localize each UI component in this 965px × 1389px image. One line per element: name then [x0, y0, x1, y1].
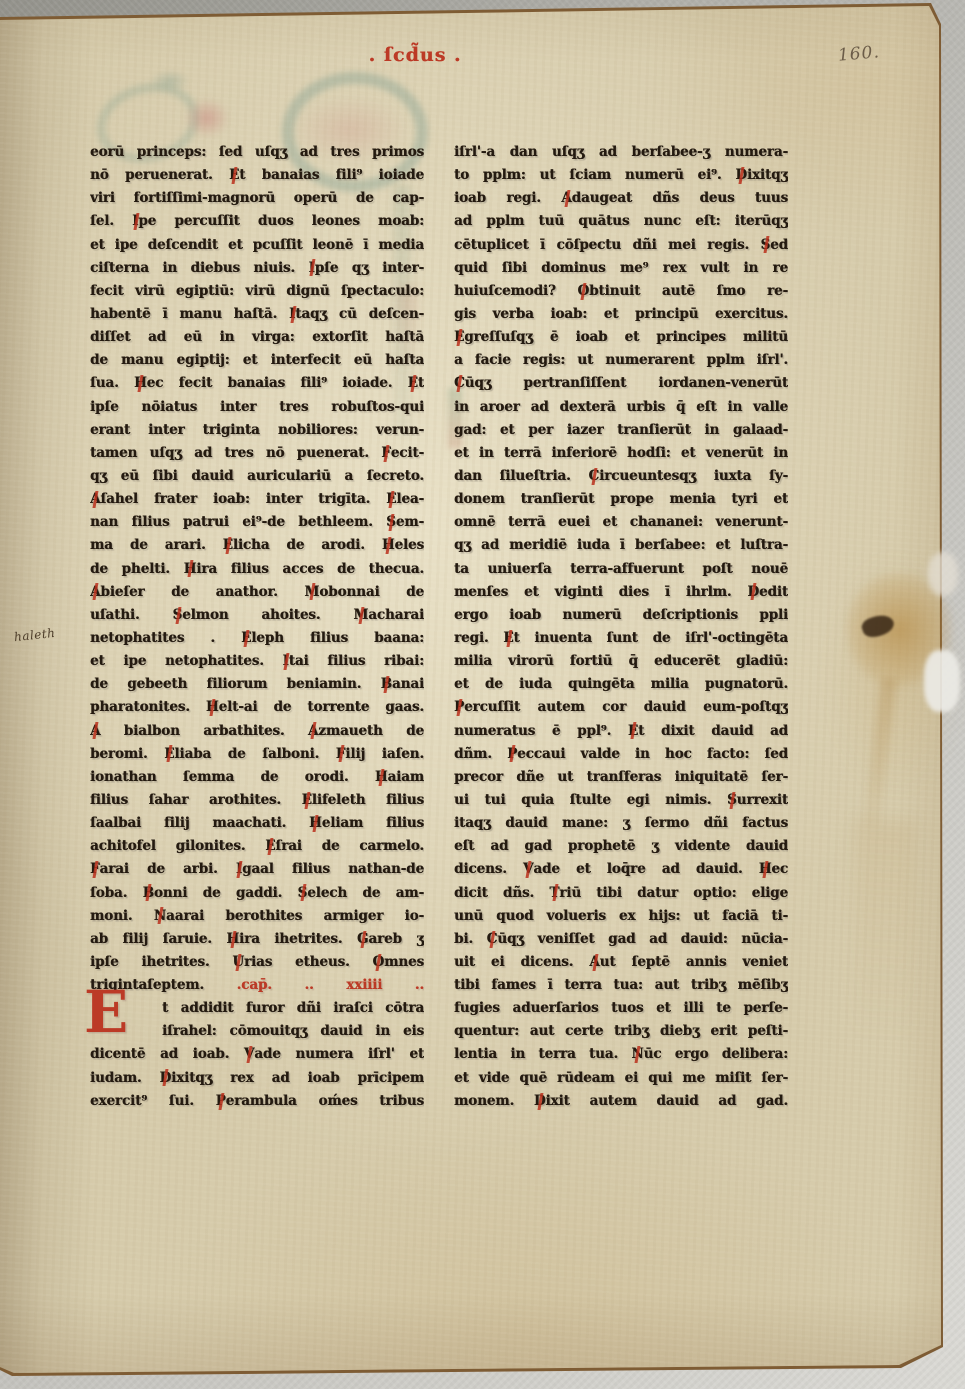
- text-line: donem tranſierūt prope menia tyri et: [454, 488, 788, 511]
- text-line: quid ſibi dominus me⁹ rex vult in re: [454, 257, 788, 280]
- text-line: Percuſſit autem cor dauid eum-poſtqʒ: [454, 696, 788, 719]
- text-line: Egreſſuſqʒ ē ioab et principes militū: [454, 326, 788, 349]
- text-line: omnē terrā euei et chananei: venerunt-: [454, 511, 788, 534]
- text-line: achitofel gilonites. Eſrai de carmelo.: [90, 835, 424, 858]
- text-line: ciſterna in diebus niuis. Ipſe qʒ inter-: [90, 257, 424, 280]
- text-line: eſt ad gad prophetē ʒ vidente dauid: [454, 835, 788, 858]
- text-line: viri fortiſſimi-magnorū operū de cap-: [90, 187, 424, 210]
- text-line: habentē ī manu haſtā. Itaqʒ cū deſcen-: [90, 303, 424, 326]
- text-line: tibi fames ī terra tua: aut tribʒ mēſibʒ: [454, 974, 788, 997]
- repair-patch: [924, 650, 960, 712]
- text-line: qʒ ad meridiē iuda ī berſabee: et luſtra…: [454, 534, 788, 557]
- text-line: lentia in terra tua. Nūc ergo delibera:: [454, 1043, 788, 1066]
- text-line: et ipe netophatites. Itai filius ribai:: [90, 650, 424, 673]
- left-text-column: E eorū princeps: ſed uſqʒ ad tres primos…: [90, 141, 424, 1113]
- text-line: Aſahel frater ioab: inter trigīta. Elea-: [90, 488, 424, 511]
- text-line: ipſe nōiatus inter tres robuſtos-qui: [90, 396, 424, 419]
- text-line: ſua. Hec fecit banaias fili⁹ ioiade. Et: [90, 372, 424, 395]
- text-line: to pplm: ut ſciam numerū ei⁹. Dixitqʒ: [454, 164, 788, 187]
- text-line: fecit virū egiptiū: virū dignū ſpectacul…: [90, 280, 424, 303]
- text-line: iudam. Dixitqʒ rex ad ioab prīcipem: [90, 1067, 424, 1090]
- text-line: huiuſcemodi? Obtinuit autē ſmo re-: [454, 280, 788, 303]
- text-line: ioab regi. Adaugeat dñs deus tuus: [454, 187, 788, 210]
- text-line: dicit dñs. Triū tibi datur optio: elige: [454, 882, 788, 905]
- text-line: moni. Naarai berothites armiger io-: [90, 905, 424, 928]
- text-line: ipſe ihetrites. Urias etheus. Omnes: [90, 951, 424, 974]
- running-title: . ſcd̃us .: [340, 44, 490, 66]
- text-line: ad pplm tuū quātus nunc eſt: iterūqʒ: [454, 210, 788, 233]
- text-line: pharatonites. Helt-ai de torrente gaas.: [90, 696, 424, 719]
- text-line: menſes et viginti dies ī ihrlm. Dedit: [454, 581, 788, 604]
- text-line: ma de arari. Elicha de arodi. Heles: [90, 534, 424, 557]
- text-line: ſoba. Bonni de gaddi. Selech de am-: [90, 882, 424, 905]
- text-line: unū quod volueris ex hijs: ut faciā ti-: [454, 905, 788, 928]
- text-line: qʒ eū ſibi dauid auriculariū a ſecreto.: [90, 465, 424, 488]
- text-line: de phelti. Hira filius acces de thecua.: [90, 558, 424, 581]
- text-line: tamen uſqʒ ad tres nō puenerat. Fecit-: [90, 442, 424, 465]
- text-line: diſſet ad eū in virga: extorſit haſtā: [90, 326, 424, 349]
- text-line: de gebeeth filiorum beniamin. Banai: [90, 673, 424, 696]
- text-line: itaqʒ dauid mane: ʒ ſermo dñi factus: [454, 812, 788, 835]
- text-line: Farai de arbi. Igaal filius nathan-de: [90, 858, 424, 881]
- text-line: monem. Dixit autem dauid ad gad.: [454, 1090, 788, 1113]
- text-line: regi. Et inuenta ſunt de iſrl'-octingēta: [454, 627, 788, 650]
- text-line: ſaalbai filij maachati. Heliam filius: [90, 812, 424, 835]
- chapter-drop-cap-initial: E: [84, 988, 156, 1038]
- text-line: et de iuda quingēta milia pugnatorū.: [454, 673, 788, 696]
- text-line: cētuplicet ī cōſpectu dñi mei regis. Sed: [454, 234, 788, 257]
- text-line: uit ei dicens. Aut ſeptē annis veniet: [454, 951, 788, 974]
- text-line: iſrl'-a dan uſqʒ ad berſabee-ʒ numera-: [454, 141, 788, 164]
- text-line: fugies aduerſarios tuos et illi te perſe…: [454, 997, 788, 1020]
- text-line: uſathi. Selmon ahoites. Macharai: [90, 604, 424, 627]
- right-text-column: iſrl'-a dan uſqʒ ad berſabee-ʒ numera-to…: [454, 141, 788, 1113]
- text-line: ui tui quia ſtulte egi nimis. Surrexit: [454, 789, 788, 812]
- text-line: de manu egiptij: et interfecit eū haſta: [90, 349, 424, 372]
- text-line: ta uniuerſa terra-affuerunt poſt nouē: [454, 558, 788, 581]
- text-line: numeratus ē ppl⁹. Et dixit dauid ad: [454, 720, 788, 743]
- text-line: precor dñe ut tranſferas iniquitatē ſer-: [454, 766, 788, 789]
- text-line: eorū princeps: ſed uſqʒ ad tres primos: [90, 141, 424, 164]
- text-line: erant inter triginta nobiliores: verun-: [90, 419, 424, 442]
- text-line: ionathan ſemma de orodi. Haiam: [90, 766, 424, 789]
- text-line: ab filij ſaruie. Hira ihetrites. Gareb ʒ: [90, 928, 424, 951]
- text-line: filius ſahar arothites. Elifeleth filius: [90, 789, 424, 812]
- text-line: Cūqʒ pertranſiſſent iordanen-venerūt: [454, 372, 788, 395]
- text-line: quentur: aut certe tribʒ diebʒ erit peſt…: [454, 1020, 788, 1043]
- text-line: A bialbon arbathites. Azmaueth de: [90, 720, 424, 743]
- text-line: et in terrā inferiorē hodſi: et venerūt …: [454, 442, 788, 465]
- text-line: ſel. Ipe percuſſit duos leones moab:: [90, 210, 424, 233]
- text-line: nan filius patrui ei⁹-de bethleem. Sem-: [90, 511, 424, 534]
- text-line: gis verba ioab: et principū exercitus.: [454, 303, 788, 326]
- text-line: dñm. Peccaui valde in hoc facto: ſed: [454, 743, 788, 766]
- text-line: in aroer ad dexterā urbis q̄ eſt in vall…: [454, 396, 788, 419]
- text-line: nō peruenerat. Et banaias fili⁹ ioiade: [90, 164, 424, 187]
- text-line: ergo ioab numerū deſcriptionis ppli: [454, 604, 788, 627]
- text-line: milia virorū fortiū q̄ educerēt gladiū:: [454, 650, 788, 673]
- text-line: bi. Cūqʒ veniſſet gad ad dauid: nūcia-: [454, 928, 788, 951]
- folio-number: 160.: [837, 42, 880, 66]
- text-line: beromi. Eliaba de ſalboni. Filij iaſen.: [90, 743, 424, 766]
- photo-background: { "page": { "running_title": ". ſcd̃us .…: [0, 0, 965, 1389]
- text-line: a facie regis: ut numerarent pplm iſrl'.: [454, 349, 788, 372]
- stain: [855, 820, 915, 1040]
- text-line: netophatites . Eleph filius baana:: [90, 627, 424, 650]
- repair-patch: [928, 552, 958, 596]
- text-line: dan ſilueſtria. Circueuntesqʒ iuxta ſy-: [454, 465, 788, 488]
- text-line: Abieſer de anathor. Mobonnai de: [90, 581, 424, 604]
- text-line: exercit⁹ ſui. Perambula oḿes tribus: [90, 1090, 424, 1113]
- text-line: gad: et per iazer tranſierūt in galaad-: [454, 419, 788, 442]
- text-line: et vide quē rūdeam ei qui me miſit ſer-: [454, 1067, 788, 1090]
- text-line: et ipe deſcendit et pcuſſit leonē ī medi…: [90, 234, 424, 257]
- text-line: dicentē ad ioab. Vade numera iſrl' et: [90, 1043, 424, 1066]
- text-line: dicens. Vade et loq̄re ad dauid. Hec: [454, 858, 788, 881]
